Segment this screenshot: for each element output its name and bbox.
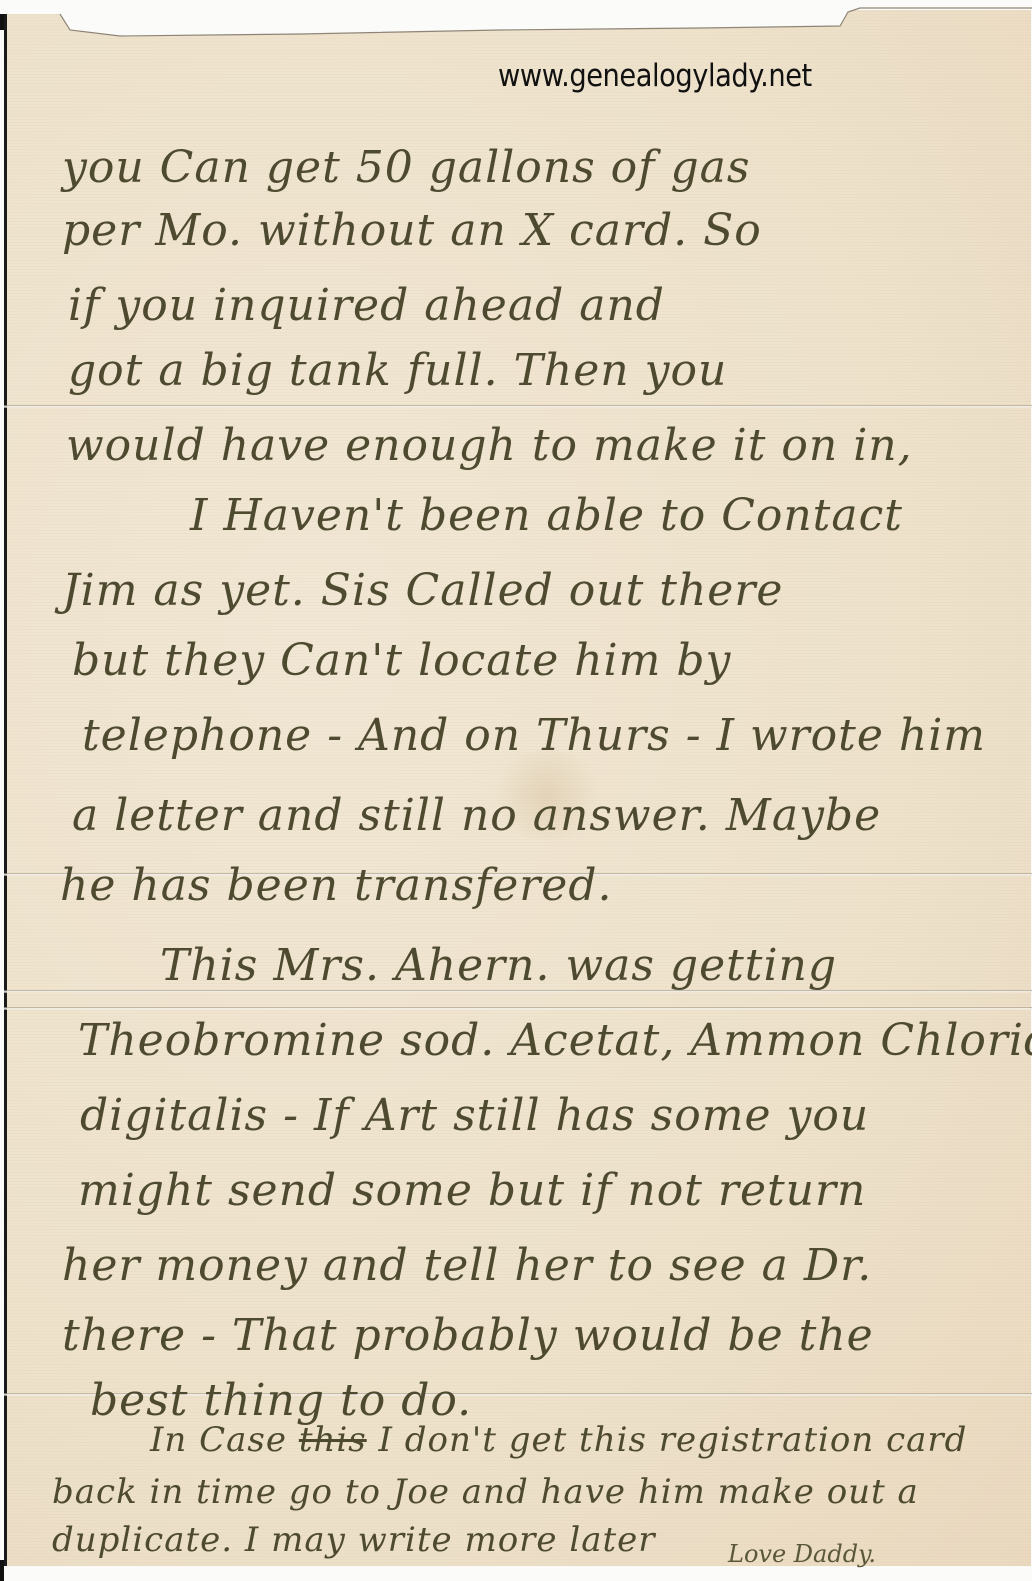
letter-line: best thing to do. — [90, 1375, 472, 1426]
letter-line: would have enough to make it on in, — [66, 420, 913, 471]
struck-out-word: this — [299, 1420, 367, 1460]
watermark-url: www.genealogylady.net — [498, 58, 812, 94]
letter-line: I Haven't been able to Contact — [190, 490, 903, 541]
letter-line: might send some but if not return — [78, 1165, 866, 1216]
letter-line: you Can get 50 gallons of gas — [62, 142, 750, 193]
letter-line-text: In Case — [150, 1420, 287, 1460]
fold-line — [4, 1007, 1032, 1010]
letter-line: In Case this I don't get this registrati… — [150, 1420, 967, 1460]
letter-line: Theobromine sod. Acetat, Ammon Chloride … — [78, 1015, 1032, 1066]
letter-line: back in time go to Joe and have him make… — [52, 1472, 919, 1512]
letter-line: if you inquired ahead and — [68, 280, 665, 331]
signature: Love Daddy. — [728, 1540, 876, 1568]
letter-line: got a big tank full. Then you — [68, 345, 727, 396]
letter-line: her money and tell her to see a Dr. — [62, 1240, 872, 1291]
letter-line: telephone - And on Thurs - I wrote him — [82, 710, 986, 761]
scan-edge-mark — [0, 1560, 4, 1581]
letter-line-text: I don't get this registration card — [379, 1420, 968, 1460]
letter-line: but they Can't locate him by — [72, 635, 731, 686]
scan-page: www.genealogylady.net you Can get 50 gal… — [0, 0, 1032, 1581]
fold-line — [4, 405, 1032, 408]
letter-line-text: Theobromine sod. Acetat, Ammon Chloride — [78, 1015, 1032, 1066]
letter-line: per Mo. without an X card. So — [62, 205, 762, 256]
letter-line: Jim as yet. Sis Called out there — [62, 565, 783, 616]
letter-line: there - That probably would be the — [62, 1310, 874, 1361]
letter-line: This Mrs. Ahern. was getting — [160, 940, 837, 991]
letter-line: a letter and still no answer. Maybe — [72, 790, 881, 841]
letter-line: duplicate. I may write more later — [52, 1520, 656, 1560]
torn-top-edge — [0, 0, 1032, 40]
letter-line: digitalis - If Art still has some you — [80, 1090, 869, 1141]
letter-line: he has been transfered. — [60, 860, 612, 911]
